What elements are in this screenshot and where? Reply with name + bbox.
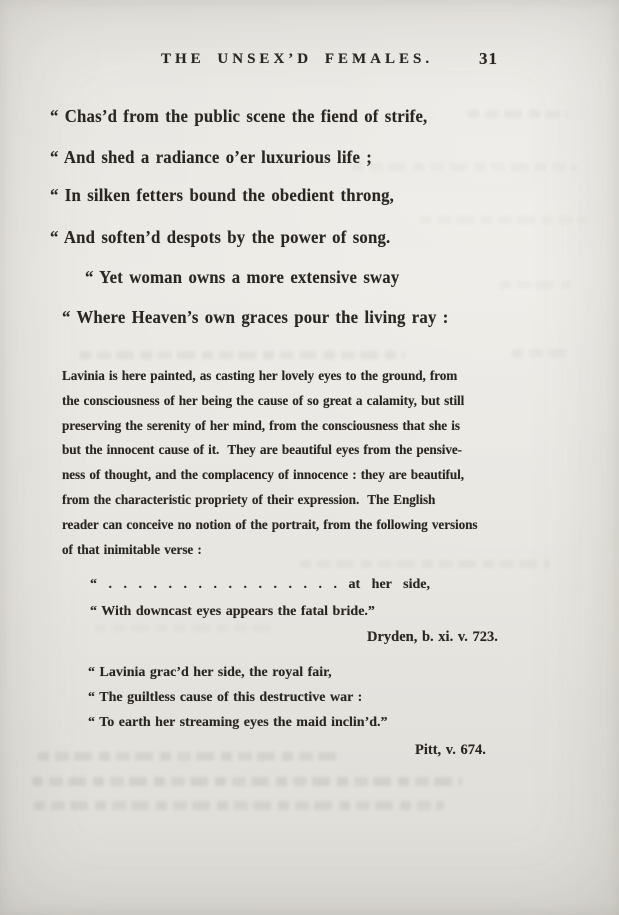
paragraph-line: ness of thought, and the complacency of … (62, 467, 464, 483)
bleedthrough-text (468, 110, 568, 118)
citation-attribution: Dryden, b. xi. v. 723. (367, 629, 498, 646)
paragraph-line: Lavinia is here painted, as casting her … (62, 368, 457, 384)
poem-line: “ Chas’d from the public scene the fiend… (50, 106, 427, 127)
bleedthrough-text (420, 216, 585, 224)
verse-quote-line: “ Lavinia grac’d her side, the royal fai… (88, 665, 332, 681)
bleedthrough-text (80, 351, 405, 359)
bleedthrough-text (38, 752, 338, 761)
page-number: 31 (479, 49, 498, 69)
running-header-title: THE UNSEX’D FEMALES. (161, 51, 433, 68)
paragraph-line: from the characteristic propriety of the… (62, 492, 435, 508)
paragraph-line: of that inimitable verse : (62, 542, 202, 558)
poem-line: “ Yet woman owns a more extensive sway (85, 267, 399, 288)
bleedthrough-text (300, 560, 550, 568)
verse-quote-line: “ The guiltless cause of this destructiv… (88, 690, 362, 706)
paragraph-line: preserving the serenity of her mind, fro… (62, 418, 460, 434)
poem-line: “ And shed a radiance o’er luxurious lif… (50, 147, 372, 168)
paragraph-line: reader can conceive no notion of the por… (62, 517, 477, 533)
bleedthrough-text (95, 624, 275, 632)
paragraph-line: the consciousness of her being the cause… (62, 393, 464, 409)
bleedthrough-text (352, 163, 577, 171)
scanned-book-page: THE UNSEX’D FEMALES. 31 “ Chas’d from th… (0, 0, 619, 915)
verse-quote-line: “ . . . . . . . . . . . . . . . . at her… (90, 577, 430, 593)
verse-quote-line: “ To earth her streaming eyes the maid i… (88, 715, 388, 731)
bleedthrough-text (34, 801, 444, 810)
paragraph-line: but the innocent cause of it. They are b… (62, 442, 462, 458)
bleedthrough-text (32, 777, 462, 786)
bleedthrough-text (500, 281, 570, 289)
poem-line: “ And soften’d despots by the power of s… (50, 227, 390, 248)
citation-attribution: Pitt, v. 674. (415, 742, 486, 759)
bleedthrough-text (512, 349, 570, 357)
verse-quote-line: “ With downcast eyes appears the fatal b… (90, 604, 375, 620)
poem-line: “ Where Heaven’s own graces pour the liv… (62, 307, 449, 328)
poem-line: “ In silken fetters bound the obedient t… (50, 185, 394, 206)
